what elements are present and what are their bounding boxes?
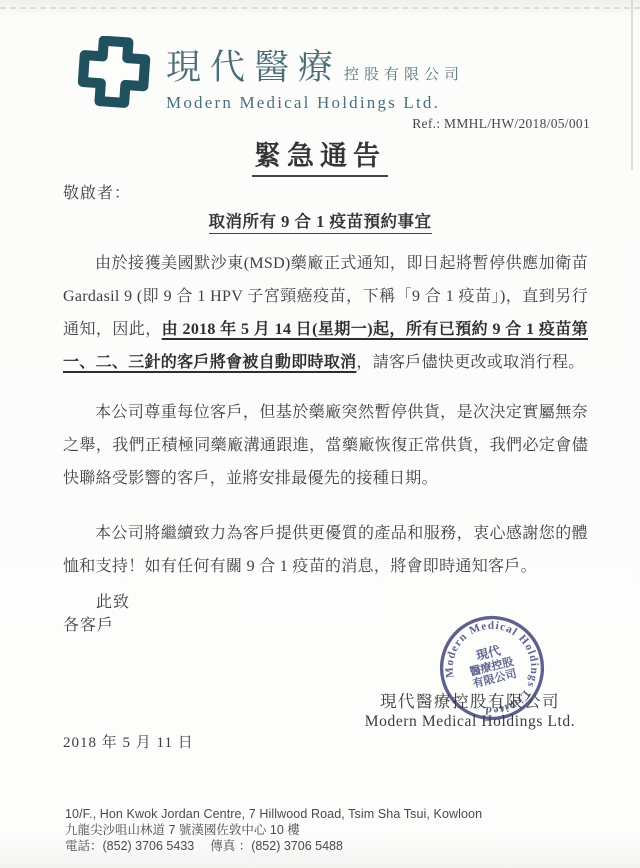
company-name-english: Modern Medical Holdings Ltd. [166, 93, 496, 113]
paragraph-text: ，請客戶儘快更改或取消行程。 [356, 354, 584, 371]
subject-line: 取消所有 9 合 1 疫苗預約事宜 [209, 208, 432, 234]
closing-cizhi: 此致 [96, 589, 130, 612]
paragraph-supply-suspension: 由於接獲美國默沙東(MSD)藥廠正式通知，即日起將暫停供應加衛苗 Gardasi… [63, 247, 588, 379]
company-name-chinese: 現代醫療 [166, 40, 342, 90]
closing-recipients: 各客戶 [63, 612, 114, 635]
reference-number: Ref.: MMHL/HW/2018/05/001 [412, 116, 590, 132]
address-english: 10/F., Hon Kwok Jordan Centre, 7 Hillwoo… [65, 806, 610, 822]
paragraph-commitment: 本公司將繼續致力為客戶提供更優質的產品和服務，衷心感謝您的體恤和支持！如有任何有… [63, 517, 588, 583]
medical-cross-icon [76, 36, 154, 110]
paragraph-apology: 本公司尊重每位客戶，但基於藥廠突然暫停供貨，是次決定實屬無奈之舉，我們正積極同藥… [63, 396, 588, 495]
letter-date: 2018 年 5 月 11 日 [63, 731, 194, 752]
address-chinese: 九龍尖沙咀山林道 7 號漢國佐敦中心 10 樓 [65, 822, 610, 838]
signature-company-english: Modern Medical Holdings Ltd. [345, 713, 595, 731]
salutation: 敬啟者： [63, 180, 131, 203]
letterhead: 現代醫療 控股有限公司 Modern Medical Holdings Ltd. [166, 40, 496, 113]
signature-company-chinese: 現代醫療控股有限公司 [355, 688, 585, 712]
company-name-chinese-suffix: 控股有限公司 [344, 63, 464, 84]
notice-title: 緊急通告 [252, 134, 388, 177]
scanned-letter-page: 現代醫療 控股有限公司 Modern Medical Holdings Ltd.… [0, 0, 640, 868]
footer-contact-block: 10/F., Hon Kwok Jordan Centre, 7 Hillwoo… [65, 806, 610, 855]
phone-fax-line: 電話：(852) 3706 5433 傳真 ：(852) 3706 5488 [65, 838, 610, 855]
scan-edge-artifact-top [0, 7, 640, 9]
